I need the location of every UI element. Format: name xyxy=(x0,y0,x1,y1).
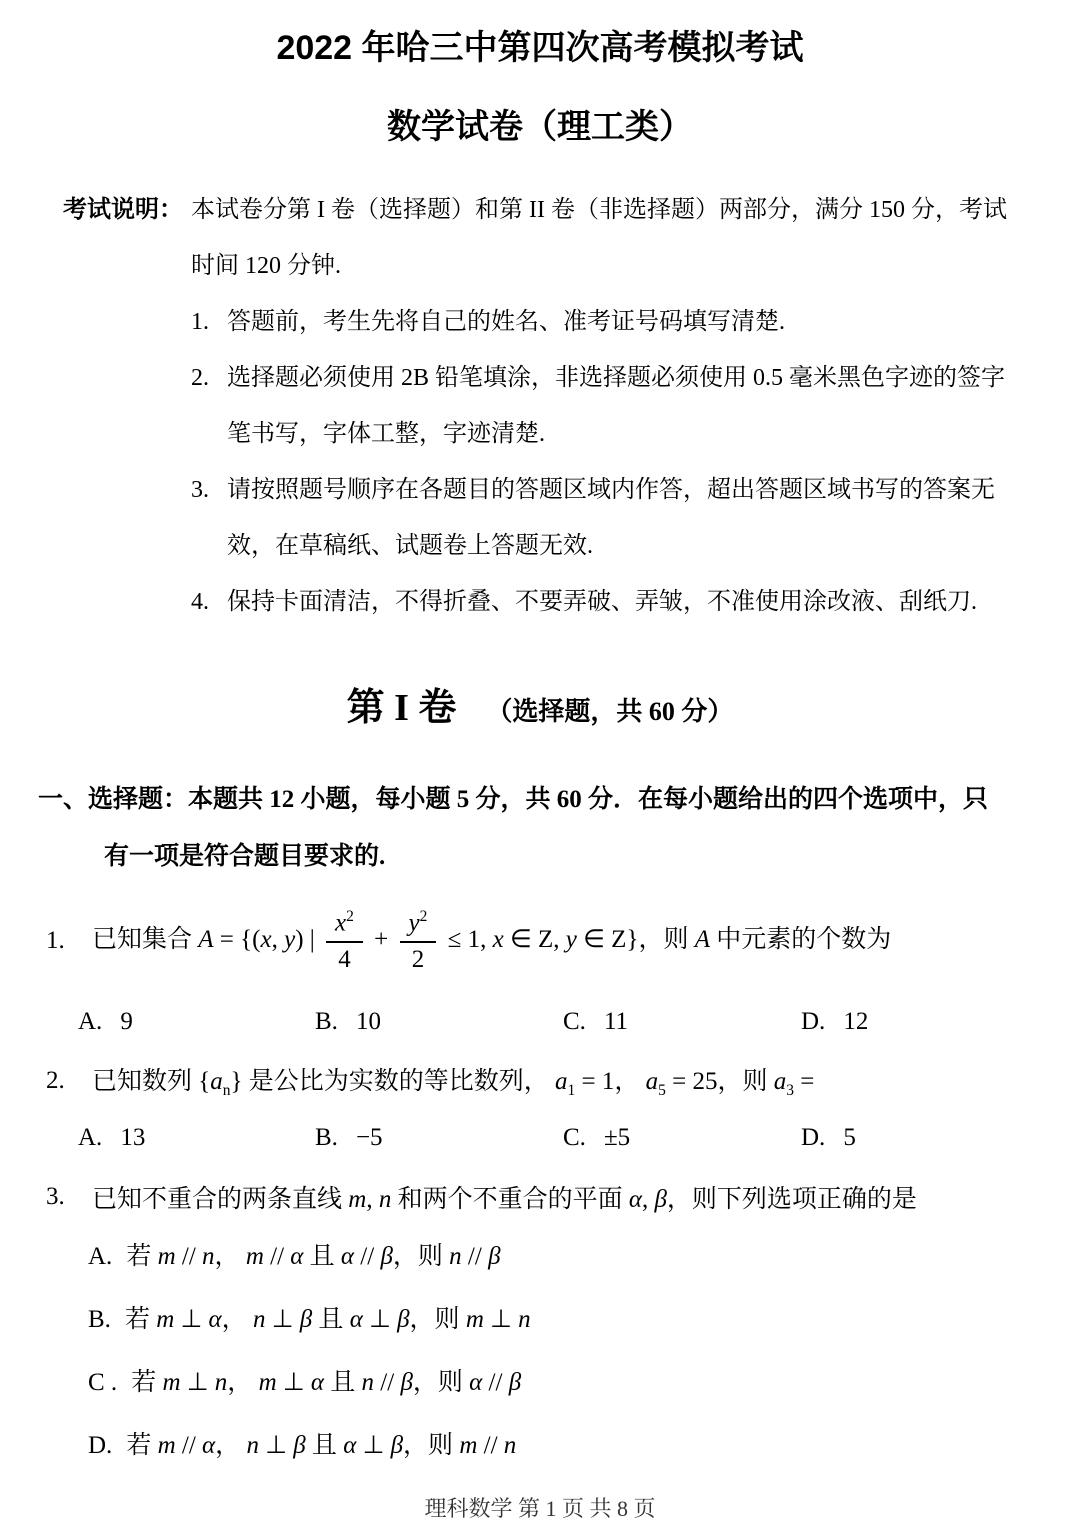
exam-subtitle: 数学试卷（理工类） xyxy=(0,99,1080,148)
question-2-options: A.13 B.−5 C.±5 D.5 xyxy=(38,1109,1040,1166)
instruction-item-2: 2. 选择题必须使用 2B 铅笔填涂，非选择题必须使用 0.5 毫米黑色字迹的签… xyxy=(191,350,1024,462)
question-2-text: 已知数列 {an} 是公比为实数的等比数列， a1 = 1， a5 = 25，则… xyxy=(92,1061,814,1100)
multiple-choice-instructions-line-1: 一、选择题：本题共 12 小题，每小题 5 分，共 60 分．在每小题给出的四个… xyxy=(38,771,1040,828)
question-1-option-a: A.9 xyxy=(78,1008,315,1036)
instruction-item-3-line-1: 请按照题号顺序在各题目的答题区域内作答，超出答题区域书写的答案无 xyxy=(227,462,1024,518)
questions-area: 一、选择题：本题共 12 小题，每小题 5 分，共 60 分．在每小题给出的四个… xyxy=(38,771,1040,1477)
question-3-option-a: A.若 m // n， m // α 且 α // β，则 n // β xyxy=(38,1225,1040,1288)
instructions-intro-line-2: 时间 120 分钟. xyxy=(191,238,1024,294)
question-3-option-c: C .若 m ⊥ n， m ⊥ α 且 n // β，则 α // β xyxy=(38,1351,1040,1414)
question-2-option-b: B.−5 xyxy=(315,1124,563,1152)
instruction-item-1-line-1: 答题前，考生先将自己的姓名、准考证号码填写清楚. xyxy=(227,294,1024,350)
multiple-choice-instructions: 一、选择题：本题共 12 小题，每小题 5 分，共 60 分．在每小题给出的四个… xyxy=(38,771,1040,885)
section-1-heading: 第 I 卷 （选择题，共 60 分） xyxy=(0,676,1080,731)
instruction-item-3: 3. 请按照题号顺序在各题目的答题区域内作答，超出答题区域书写的答案无 效，在草… xyxy=(191,462,1024,574)
instruction-item-3-line-2: 效，在草稿纸、试题卷上答题无效. xyxy=(227,518,1024,574)
question-2: 2. 已知数列 {an} 是公比为实数的等比数列， a1 = 1， a5 = 2… xyxy=(38,1052,1040,1109)
instructions-body: 本试卷分第 I 卷（选择题）和第 II 卷（非选择题）两部分，满分 150 分，… xyxy=(191,182,1024,630)
question-3-option-b: B.若 m ⊥ α， n ⊥ β 且 α ⊥ β，则 m ⊥ n xyxy=(38,1288,1040,1351)
question-1: 1. 已知集合 A = {(x, y) | x24 + y22 ≤ 1, x ∈… xyxy=(38,889,1040,993)
question-3: 3. 已知不重合的两条直线 m, n 和两个不重合的平面 α, β，则下列选项正… xyxy=(38,1168,1040,1225)
instruction-item-1: 1. 答题前，考生先将自己的姓名、准考证号码填写清楚. xyxy=(191,294,1024,350)
instruction-item-1-number: 1. xyxy=(191,294,227,350)
section-1-heading-main: 第 I 卷 xyxy=(347,687,457,729)
page-footer: 理科数学 第 1 页 共 8 页 xyxy=(0,1492,1080,1523)
instructions-label: 考试说明： xyxy=(63,182,191,630)
instruction-item-4: 4. 保持卡面清洁，不得折叠、不要弄破、弄皱，不准使用涂改液、刮纸刀. xyxy=(191,574,1024,630)
multiple-choice-instructions-line-2: 有一项是符合题目要求的. xyxy=(38,828,1040,885)
question-3-text: 已知不重合的两条直线 m, n 和两个不重合的平面 α, β，则下列选项正确的是 xyxy=(92,1179,917,1215)
question-1-option-b: B.10 xyxy=(315,1008,563,1036)
question-1-text: 已知集合 A = {(x, y) | x24 + y22 ≤ 1, x ∈ Z,… xyxy=(92,908,891,975)
question-1-option-d: D.12 xyxy=(801,1008,1040,1036)
instruction-item-2-line-2: 笔书写，字体工整，字迹清楚. xyxy=(227,406,1024,462)
question-1-number: 1. xyxy=(46,927,92,955)
question-2-option-d: D.5 xyxy=(801,1124,1040,1152)
instructions-intro-line-1: 本试卷分第 I 卷（选择题）和第 II 卷（非选择题）两部分，满分 150 分，… xyxy=(191,182,1024,238)
question-2-option-c: C.±5 xyxy=(563,1124,801,1152)
section-1-heading-sub: （选择题，共 60 分） xyxy=(486,697,733,726)
exam-title: 2022 年哈三中第四次高考模拟考试 xyxy=(0,0,1080,69)
instruction-item-4-line-1: 保持卡面清洁，不得折叠、不要弄破、弄皱，不准使用涂改液、刮纸刀. xyxy=(227,574,1024,630)
instruction-item-4-number: 4. xyxy=(191,574,227,630)
question-1-option-c: C.11 xyxy=(563,1008,801,1036)
question-2-number: 2. xyxy=(46,1067,92,1095)
instruction-item-3-number: 3. xyxy=(191,462,227,574)
exam-paper-page: 2022 年哈三中第四次高考模拟考试 数学试卷（理工类） 考试说明： 本试卷分第… xyxy=(0,0,1080,1537)
instruction-item-2-number: 2. xyxy=(191,350,227,462)
exam-instructions: 考试说明： 本试卷分第 I 卷（选择题）和第 II 卷（非选择题）两部分，满分 … xyxy=(63,182,1024,630)
question-2-option-a: A.13 xyxy=(78,1124,315,1152)
question-1-options: A.9 B.10 C.11 D.12 xyxy=(38,993,1040,1050)
question-3-number: 3. xyxy=(46,1183,92,1211)
instruction-item-2-line-1: 选择题必须使用 2B 铅笔填涂，非选择题必须使用 0.5 毫米黑色字迹的签字 xyxy=(227,350,1024,406)
question-3-option-d: D.若 m // α， n ⊥ β 且 α ⊥ β，则 m // n xyxy=(38,1414,1040,1477)
